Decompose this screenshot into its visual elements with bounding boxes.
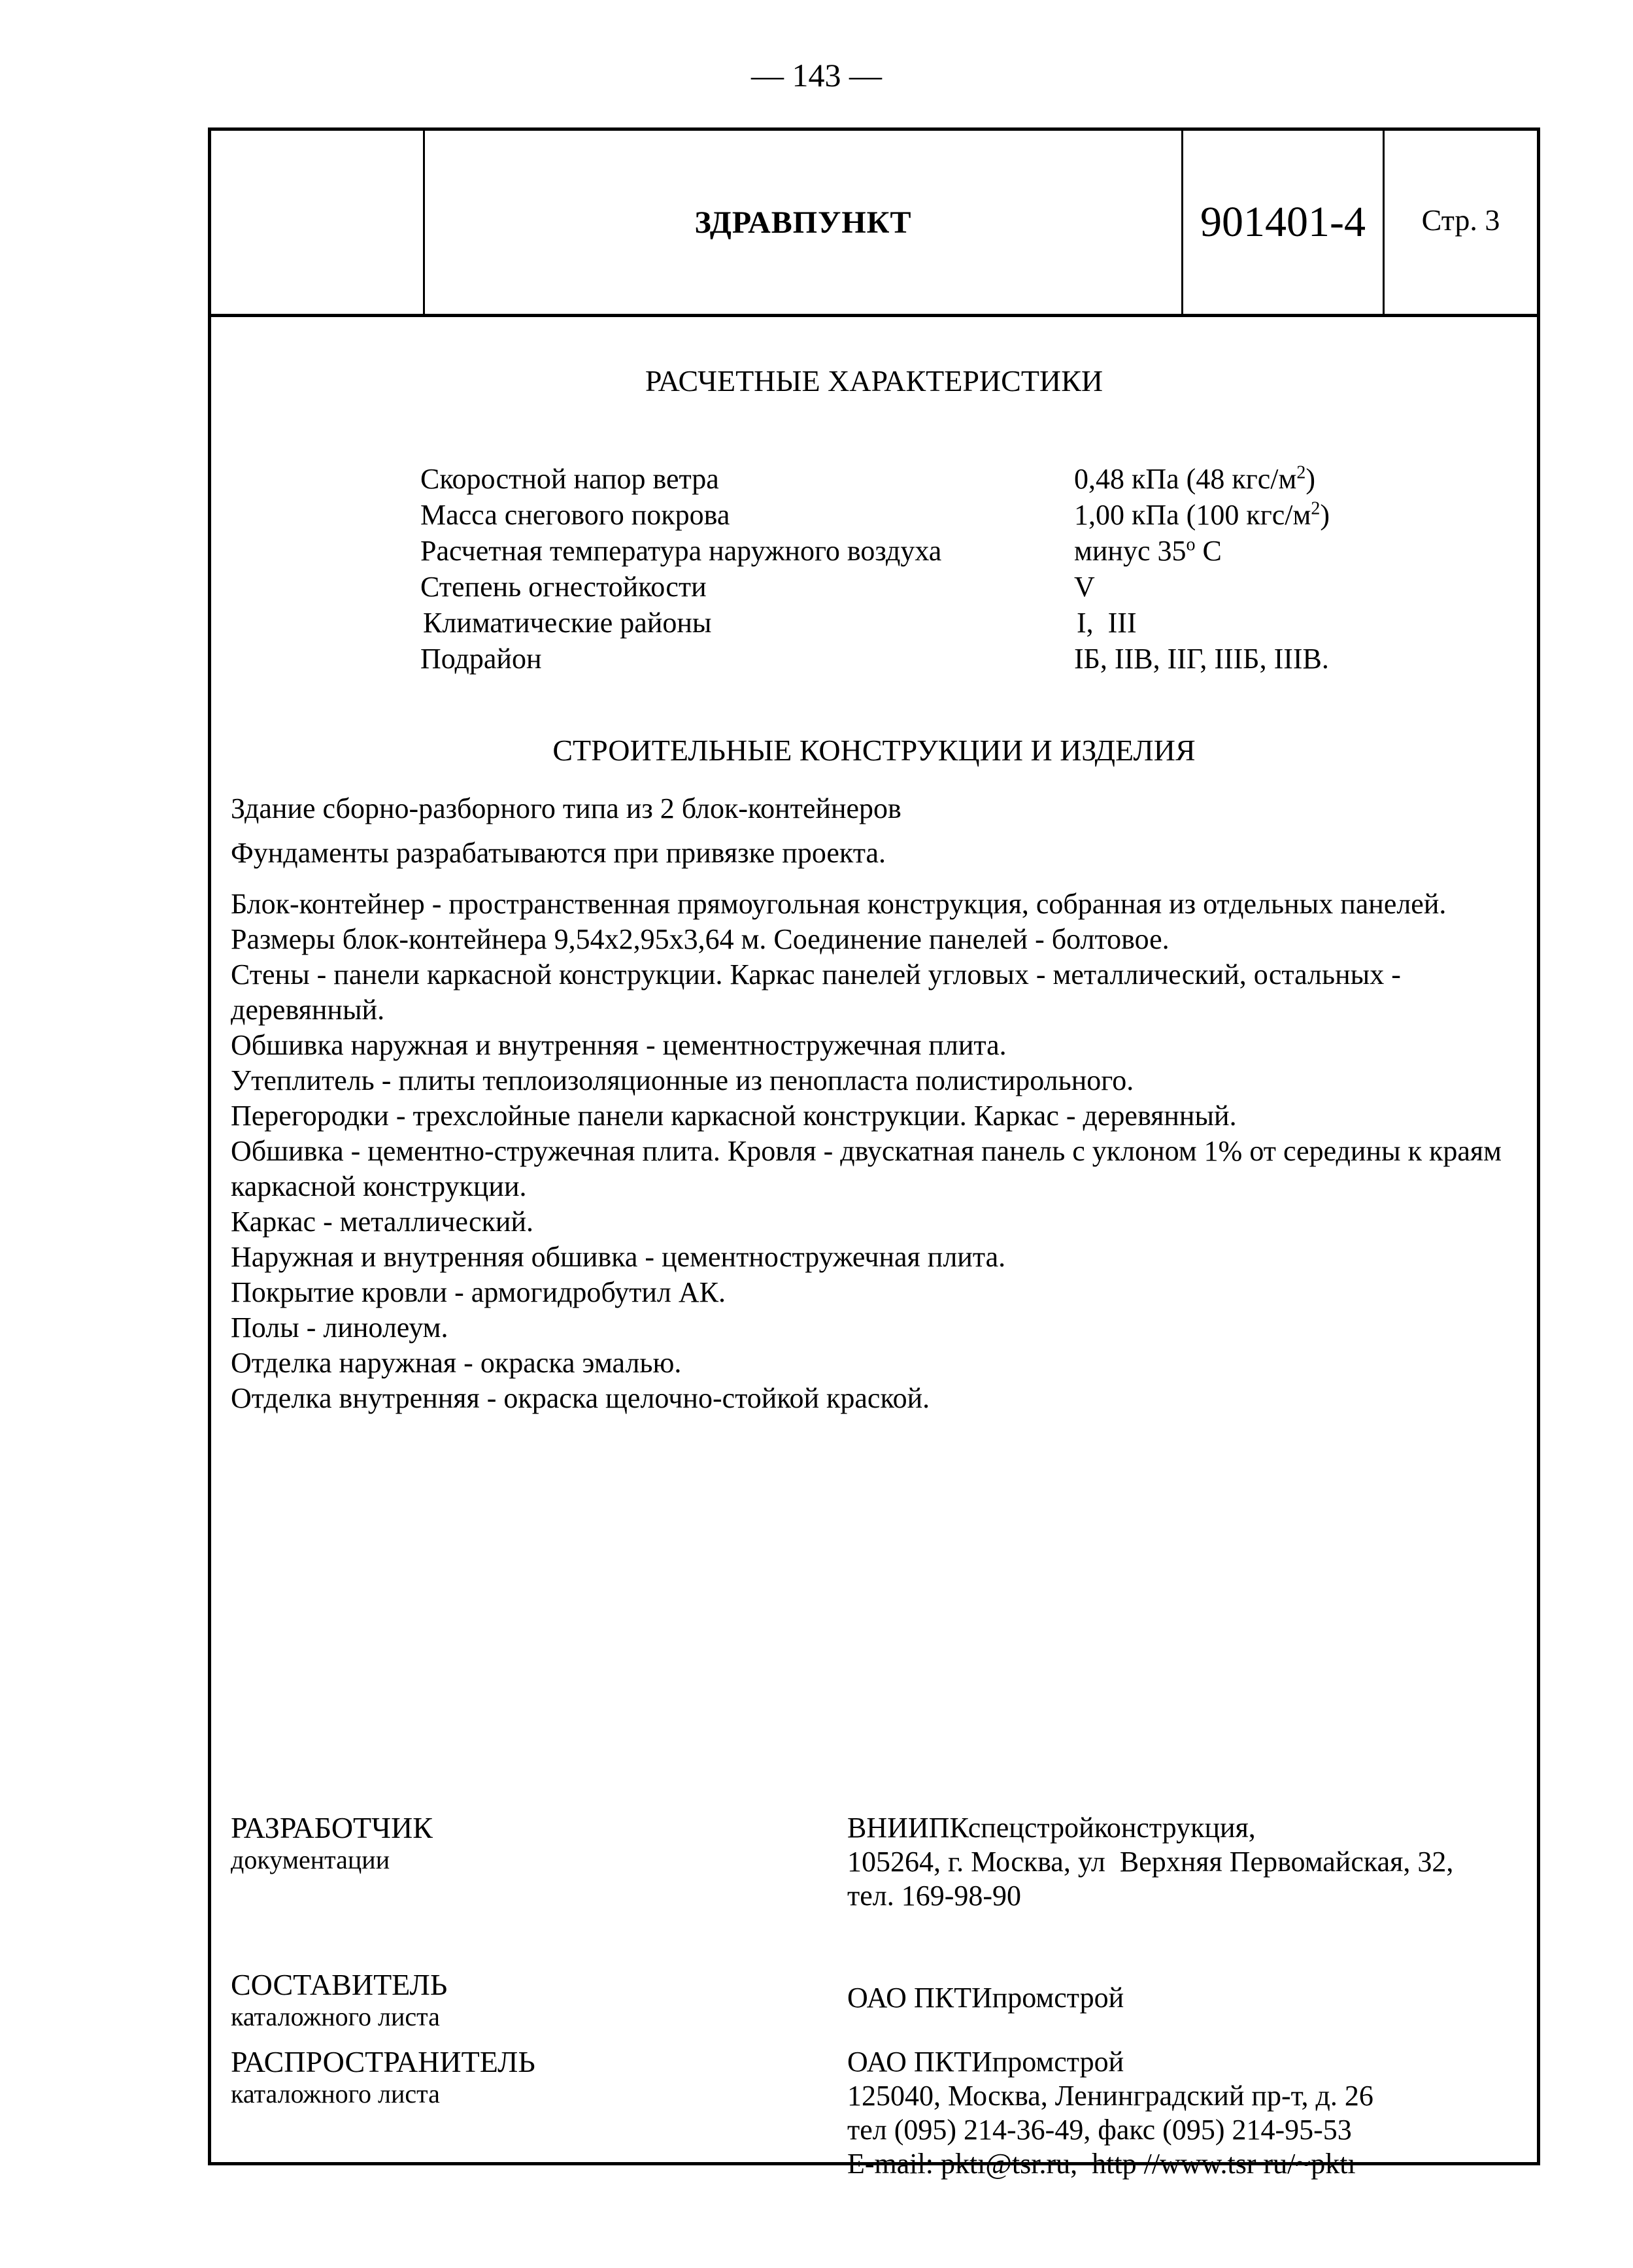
credit-line: тел (095) 214-36-49, факс (095) 214-95-5…: [847, 2113, 1532, 2147]
characteristic-value: IБ, IIВ, IIГ, IIIБ, IIIВ.: [1074, 641, 1368, 677]
credit-sublabel: каталожного листа: [231, 2079, 847, 2109]
page-number: — 143 —: [0, 56, 1633, 95]
document-frame: ЗДРАВПУНКТ 901401-4 Стр. 3 РАСЧЕТНЫЕ ХАР…: [208, 127, 1540, 2165]
value-text: 0,48 кПа (48 кгс/м: [1074, 463, 1296, 495]
credit-label: РАЗРАБОТЧИК: [231, 1811, 847, 1845]
paragraph: Стены - панели каркасной конструкции. Ка…: [231, 957, 1532, 1028]
credit-compiler: СОСТАВИТЕЛЬ каталожного листа ОАО ПКТИпр…: [231, 1968, 1532, 2032]
credit-line: 105264, г. Москва, ул Верхняя Первомайск…: [847, 1845, 1532, 1879]
credit-value: ВНИИПКспецстройконструкция, 105264, г. М…: [847, 1811, 1532, 1913]
characteristic-value: минус 35o С: [1074, 533, 1368, 569]
value-text: минус 35: [1074, 535, 1186, 567]
section-title-structures: СТРОИТЕЛЬНЫЕ КОНСТРУКЦИИ И ИЗДЕЛИЯ: [211, 732, 1537, 769]
value-superscript: 2: [1311, 498, 1320, 518]
credit-developer: РАЗРАБОТЧИК документации ВНИИПКспецстрой…: [231, 1811, 1532, 1913]
value-text: 1,00 кПа (100 кгс/м: [1074, 499, 1311, 531]
paragraph: Отделка наружная - окраска эмалью.: [231, 1346, 1532, 1381]
characteristic-row: Масса снегового покрова 1,00 кПа (100 кг…: [420, 497, 1368, 533]
credit-label-block: РАСПРОСТРАНИТЕЛЬ каталожного листа: [231, 2045, 847, 2181]
credit-line: ОАО ПКТИпромстрой: [847, 1981, 1532, 2015]
paragraph: Каркас - металлический.: [231, 1204, 1532, 1240]
characteristic-label: Скоростной напор ветра: [420, 461, 1074, 497]
paragraph: Фундаменты разрабатываются при привязке …: [231, 836, 1532, 871]
value-tail: С: [1195, 535, 1221, 567]
characteristic-value: I, III: [1077, 605, 1368, 641]
credit-sublabel: каталожного листа: [231, 2002, 847, 2032]
credit-label-block: СОСТАВИТЕЛЬ каталожного листа: [231, 1968, 847, 2032]
value-tail: ): [1320, 499, 1330, 531]
paragraph: Покрытие кровли - армогидробутил АК.: [231, 1275, 1532, 1310]
paragraph: Наружная и внутренняя обшивка - цементно…: [231, 1240, 1532, 1275]
value-text: I, III: [1077, 607, 1137, 639]
characteristic-value: 0,48 кПа (48 кгс/м2): [1074, 461, 1368, 497]
paragraph: Здание сборно-разборного типа из 2 блок-…: [231, 791, 1532, 826]
credit-line: ОАО ПКТИпромстрой: [847, 2045, 1532, 2079]
credit-value: ОАО ПКТИпромстрой 125040, Москва, Ленинг…: [847, 2045, 1532, 2181]
paragraph: Перегородки - трехслойные панели каркасн…: [231, 1098, 1532, 1134]
value-tail: ): [1305, 463, 1315, 495]
paragraph: Обшивка - цементно-стружечная плита. Кро…: [231, 1134, 1532, 1204]
value-text: IБ, IIВ, IIГ, IIIБ, IIIВ.: [1074, 643, 1329, 675]
credit-sublabel: документации: [231, 1845, 847, 1875]
credit-value: ОАО ПКТИпромстрой: [847, 1968, 1532, 2032]
credit-label-block: РАЗРАБОТЧИК документации: [231, 1811, 847, 1913]
characteristic-label: Климатические районы: [420, 605, 1077, 641]
characteristic-label: Подрайон: [420, 641, 1074, 677]
sheet-page-label: Стр. 3: [1383, 131, 1537, 314]
credit-distributor: РАСПРОСТРАНИТЕЛЬ каталожного листа ОАО П…: [231, 2045, 1532, 2181]
characteristic-row: Расчетная температура наружного воздуха …: [420, 533, 1368, 569]
characteristic-row: Климатические районы I, III: [420, 605, 1368, 641]
credit-line: 125040, Москва, Ленинградский пр-т, д. 2…: [847, 2079, 1532, 2113]
section-title-design-characteristics: РАСЧЕТНЫЕ ХАРАКТЕРИСТИКИ: [211, 363, 1537, 399]
design-characteristics-list: Скоростной напор ветра 0,48 кПа (48 кгс/…: [420, 461, 1368, 677]
project-code: 901401-4: [1181, 131, 1383, 314]
characteristic-row: Степень огнестойкости V: [420, 569, 1368, 605]
credit-label: СОСТАВИТЕЛЬ: [231, 1968, 847, 2002]
characteristic-value: 1,00 кПа (100 кгс/м2): [1074, 497, 1368, 533]
characteristic-label: Масса снегового покрова: [420, 497, 1074, 533]
paragraph: Обшивка наружная и внутренняя - цементно…: [231, 1028, 1532, 1063]
paragraph: Отделка внутренняя - окраска щелочно-сто…: [231, 1381, 1532, 1416]
value-superscript: 2: [1296, 462, 1305, 482]
title-block: ЗДРАВПУНКТ 901401-4 Стр. 3: [211, 131, 1537, 317]
paragraph: Полы - линолеум.: [231, 1310, 1532, 1346]
value-text: V: [1074, 571, 1095, 603]
paragraph: Утеплитель - плиты теплоизоляционные из …: [231, 1063, 1532, 1098]
characteristic-value: V: [1074, 569, 1368, 605]
credit-line: ВНИИПКспецстройконструкция,: [847, 1811, 1532, 1845]
credit-line: тел. 169-98-90: [847, 1879, 1532, 1913]
document-title: ЗДРАВПУНКТ: [423, 131, 1181, 314]
title-block-blank-cell: [211, 131, 423, 314]
paragraph: Блок-контейнер - пространственная прямоу…: [231, 887, 1532, 957]
characteristic-row: Скоростной напор ветра 0,48 кПа (48 кгс/…: [420, 461, 1368, 497]
characteristic-row: Подрайон IБ, IIВ, IIГ, IIIБ, IIIВ.: [420, 641, 1368, 677]
credit-label: РАСПРОСТРАНИТЕЛЬ: [231, 2045, 847, 2079]
characteristic-label: Расчетная температура наружного воздуха: [420, 533, 1074, 569]
characteristic-label: Степень огнестойкости: [420, 569, 1074, 605]
structures-description: Здание сборно-разборного типа из 2 блок-…: [231, 791, 1532, 1416]
credit-line: E-mail: pktı@tsr.ru, http //www.tsr ru/~…: [847, 2147, 1532, 2181]
value-superscript: o: [1186, 534, 1195, 554]
